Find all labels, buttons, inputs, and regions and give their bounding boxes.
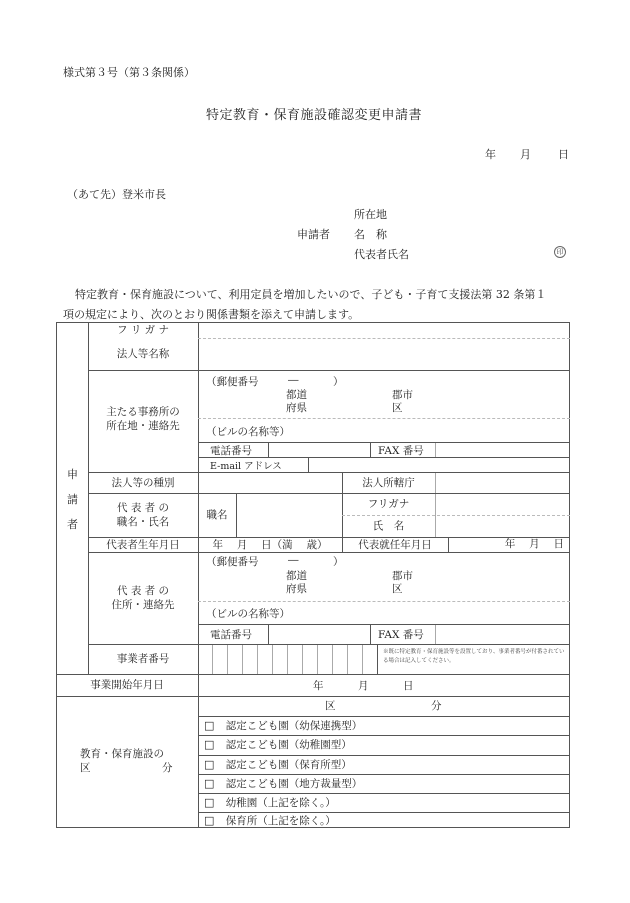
rep-building-input[interactable] [199, 602, 569, 623]
facility-option-chiho-sairyo[interactable]: □ 認定こども園（地方裁量型） [204, 776, 362, 791]
representative-label: 代 表 者 の 職名・氏名 [88, 501, 198, 529]
office-phone-input[interactable] [269, 443, 369, 456]
date-year[interactable]: 年 [485, 146, 496, 162]
rep-phone-label: 電話番号 [210, 627, 252, 642]
divider [370, 624, 371, 644]
divider [198, 716, 570, 717]
divider [88, 322, 89, 674]
rep-address-input[interactable] [199, 553, 569, 600]
page-title: 特定教育・保育施設確認変更申請書 [206, 104, 422, 123]
birthdate-label: 代表者生年月日 [88, 537, 198, 552]
applicant-name-label: 名 称 [354, 226, 387, 242]
divider [56, 696, 570, 697]
representative-name-label: 氏 名 [342, 515, 435, 537]
office-phone-label: 電話番号 [210, 443, 252, 458]
start-date-month[interactable]: 月 [358, 678, 369, 693]
representative-name-input[interactable] [436, 516, 569, 536]
checkbox-icon[interactable]: □ [204, 719, 214, 732]
corp-jurisdiction-input[interactable] [436, 473, 569, 492]
facility-option-yochien[interactable]: □ 幼稚園（上記を除く。） [204, 795, 336, 810]
inauguration-date-label: 代表就任年月日 [342, 537, 448, 552]
corp-furigana-input[interactable] [199, 323, 569, 337]
divider [198, 755, 570, 756]
operator-number-note: ※既に特定教育・保育施設等を設置しており、事業者番号が付番されている場合は記入し… [383, 648, 566, 666]
office-label: 主たる事務所の 所在地・連絡先 [88, 405, 198, 433]
corp-furigana-label: フ リ ガ ナ [88, 322, 198, 338]
start-date-year[interactable]: 年 [313, 678, 324, 693]
divider [198, 735, 570, 736]
applicant-group-label-1: 申 [67, 466, 78, 482]
rep-address-label: 代 表 者 の 住所・連絡先 [88, 584, 198, 612]
office-fax-label: FAX 番号 [378, 443, 424, 458]
date-month[interactable]: 月 [520, 146, 531, 162]
inauguration-date-input[interactable]: 年 月 日 [448, 537, 564, 552]
checkbox-icon[interactable]: □ [204, 796, 214, 809]
body-text-line-2: 項の規定により、次のとおり関係書類を添えて申請します。 [63, 306, 359, 322]
office-fax-input[interactable] [436, 443, 569, 456]
rep-phone-input[interactable] [269, 625, 369, 643]
addressee: （あて先）登米市長 [67, 186, 166, 202]
body-text-line-1: 特定教育・保育施設について、利用定員を増加したいので、子ども・子育て支援法第 3… [75, 286, 546, 302]
rep-fax-label: FAX 番号 [378, 627, 424, 642]
facility-option-hoikusho-gata[interactable]: □ 認定こども園（保育所型） [204, 757, 352, 772]
office-building-input[interactable] [199, 419, 569, 441]
divider [198, 793, 570, 794]
facility-option-hoikusho[interactable]: □ 保育所（上記を除く。） [204, 813, 336, 828]
rep-fax-input[interactable] [436, 625, 569, 643]
corp-type-input[interactable] [199, 473, 341, 492]
corp-jurisdiction-label: 法人所轄庁 [342, 472, 435, 493]
corp-name-input[interactable] [199, 339, 569, 369]
facility-type-header-b: 分 [431, 698, 442, 713]
office-email-label: E-mail アドレス [210, 458, 282, 472]
form-number: 様式第３号（第３条関係） [63, 64, 195, 80]
applicant-representative-label: 代表者氏名 [354, 246, 409, 262]
checkbox-icon[interactable]: □ [204, 758, 214, 771]
facility-type-header-a: 区 [325, 698, 336, 713]
representative-title-input[interactable] [237, 494, 341, 536]
applicant-group-label-3: 者 [67, 516, 78, 532]
applicant-group-label-2: 請 [67, 491, 78, 507]
date-day[interactable]: 日 [558, 146, 569, 162]
checkbox-icon[interactable]: □ [204, 777, 214, 790]
office-address-input[interactable] [199, 371, 569, 417]
facility-type-label-line-2b: 分 [162, 760, 173, 775]
facility-type-label-line-2a: 区 [80, 760, 91, 775]
corp-name-label: 法人等名称 [88, 338, 198, 370]
facility-option-yochien-gata[interactable]: □ 認定こども園（幼稚園型） [204, 737, 352, 752]
representative-title-label: 職名 [198, 493, 236, 537]
birthdate-input[interactable]: 年 月 日（満 歳） [198, 537, 342, 552]
operator-number-label: 事業者番号 [88, 644, 198, 674]
facility-option-yoho-renkei[interactable]: □ 認定こども園（幼保連携型） [204, 718, 362, 733]
office-email-input[interactable] [309, 458, 569, 471]
operator-number-input[interactable] [199, 645, 376, 673]
facility-type-label-line-1: 教育・保育施設の [80, 746, 164, 761]
checkbox-icon[interactable]: □ [204, 814, 214, 827]
corp-type-label: 法人等の種別 [88, 472, 198, 493]
start-date-label: 事業開始年月日 [56, 674, 198, 696]
representative-furigana-input[interactable] [436, 494, 569, 514]
start-date-day[interactable]: 日 [403, 678, 414, 693]
checkbox-icon[interactable]: □ [204, 738, 214, 751]
applicant-address-label: 所在地 [354, 206, 387, 222]
divider [370, 442, 371, 457]
seal-icon: 印 [554, 246, 566, 258]
representative-furigana-label: フリガナ [342, 493, 435, 515]
applicant-label: 申請者 [297, 226, 330, 242]
divider [198, 774, 570, 775]
